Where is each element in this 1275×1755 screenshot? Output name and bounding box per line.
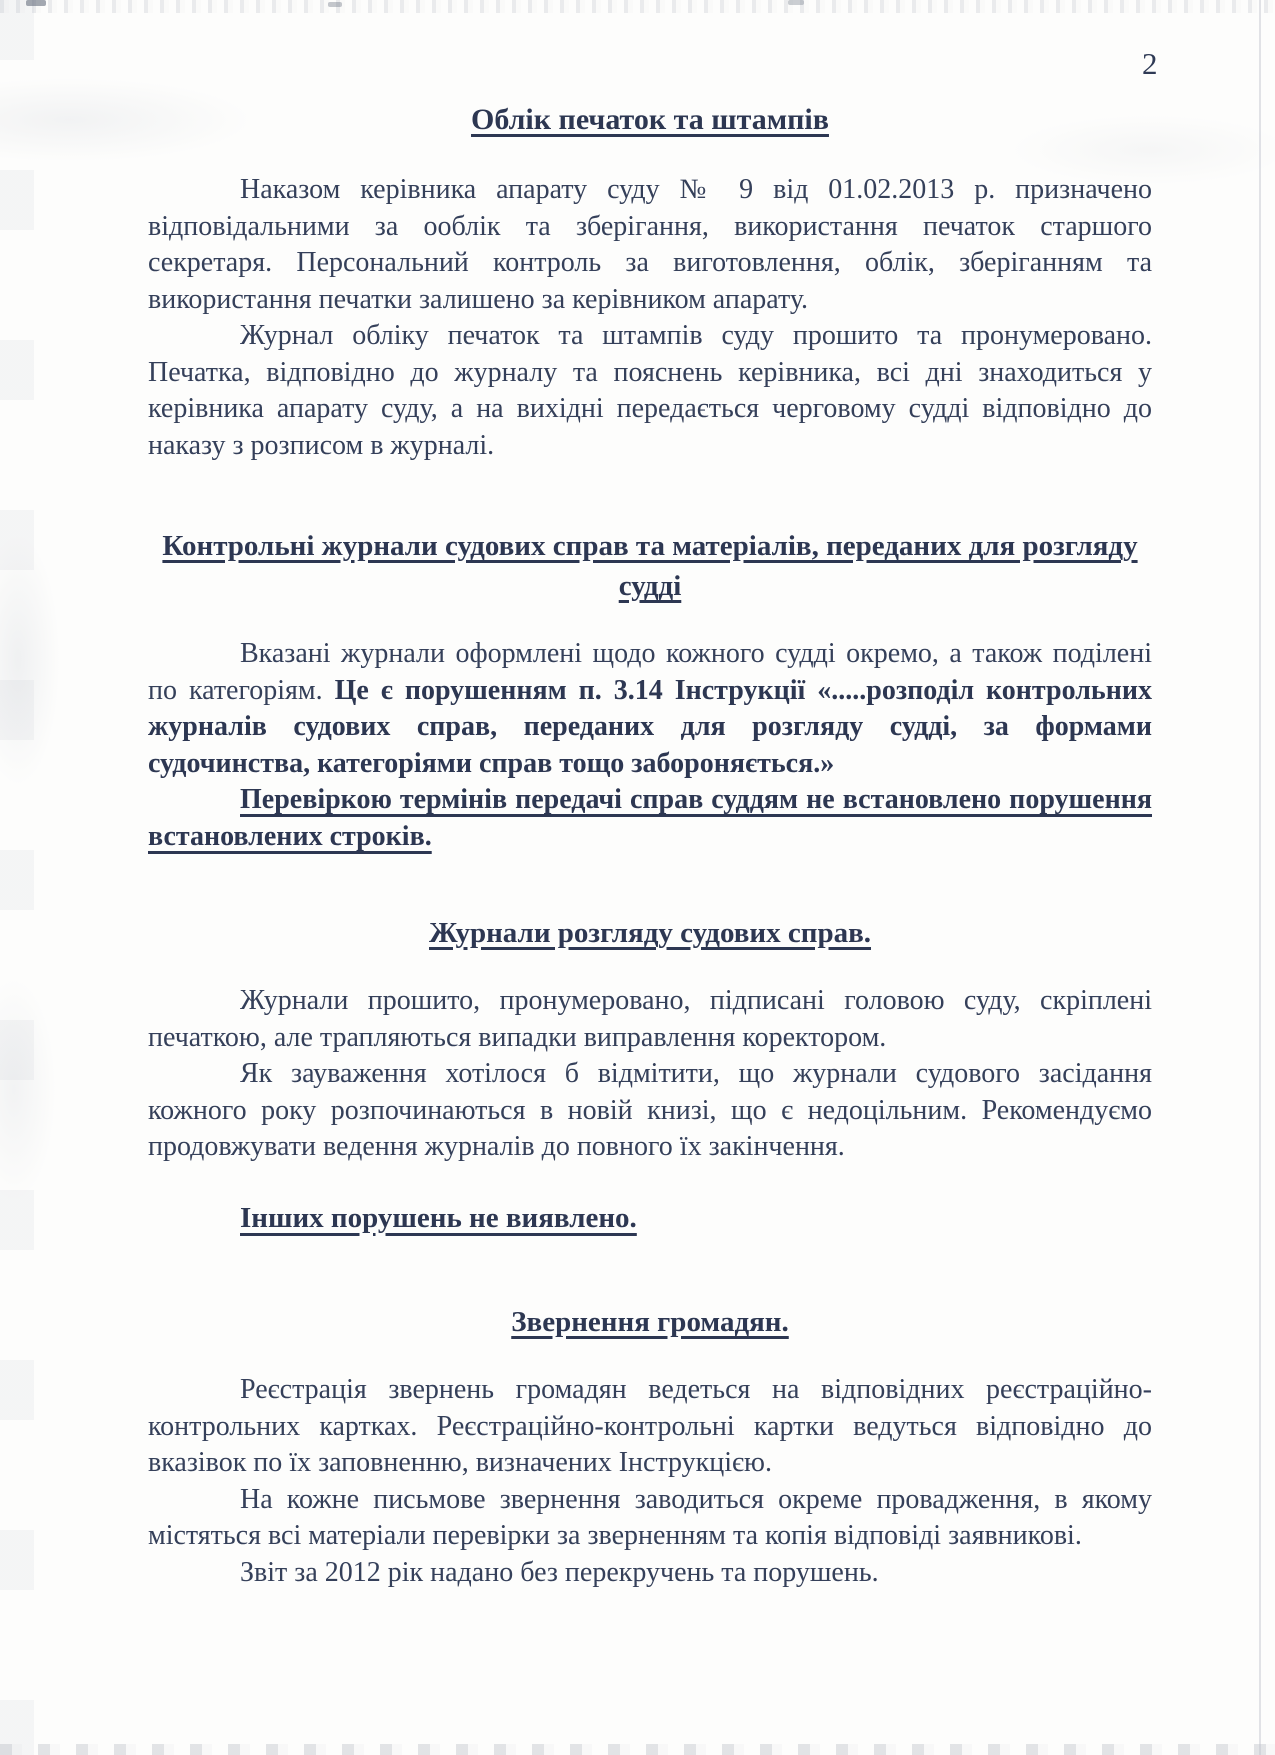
- scan-artifact-bottom-edge: [0, 1744, 1275, 1755]
- document-body: Облік печаток та штампів Наказом керівни…: [148, 0, 1152, 1591]
- paragraph-control-journals-finding-text: Перевіркою термінів передачі справ суддя…: [148, 784, 1152, 852]
- note-no-other-violations-text: Інших порушень не виявлено.: [240, 1202, 637, 1234]
- paragraph-appeals-report: Звіт за 2012 рік надано без перекручень …: [148, 1555, 1152, 1592]
- paragraph-case-journals-2: Як зауваження хотілося б відмітити, що ж…: [148, 1056, 1152, 1166]
- note-no-other-violations: Інших порушень не виявлено.: [148, 1200, 1152, 1237]
- paragraph-control-journals-finding: Перевіркою термінів передачі справ суддя…: [148, 782, 1152, 855]
- paragraph-control-journals-1: Вказані журнали оформлені щодо кожного с…: [148, 636, 1152, 782]
- scan-artifact-right-line: [1259, 0, 1261, 1755]
- section-title-case-journals: Журнали розгляду судових справ.: [148, 913, 1152, 953]
- scan-artifact-speck: [26, 0, 46, 6]
- section-title-citizen-appeals-text: Звернення громадян.: [511, 1306, 789, 1338]
- paragraph-seals-1: Наказом керівника апарату суду № 9 від 0…: [148, 172, 1152, 318]
- section-title-control-journals-text: Контрольні журнали судових справ та мате…: [162, 530, 1137, 602]
- section-title-citizen-appeals: Звернення громадян.: [148, 1302, 1152, 1342]
- paragraph-appeals-1: Реєстрація звернень громадян ведеться на…: [148, 1372, 1152, 1482]
- section-title-control-journals: Контрольні журнали судових справ та мате…: [148, 526, 1152, 606]
- paragraph-case-journals-1: Журнали прошито, пронумеровано, підписан…: [148, 983, 1152, 1056]
- paragraph-seals-2: Журнал обліку печаток та штампів суду пр…: [148, 318, 1152, 464]
- scan-artifact-left-edge: [0, 0, 34, 1755]
- section-title-seal-records: Облік печаток та штампів: [148, 100, 1152, 140]
- section-title-case-journals-text: Журнали розгляду судових справ.: [429, 917, 871, 949]
- section-title-seal-records-text: Облік печаток та штампів: [471, 103, 829, 136]
- scanned-document-page: 2 Облік печаток та штампів Наказом керів…: [0, 0, 1275, 1755]
- paragraph-appeals-2: На кожне письмове звернення заводиться о…: [148, 1482, 1152, 1555]
